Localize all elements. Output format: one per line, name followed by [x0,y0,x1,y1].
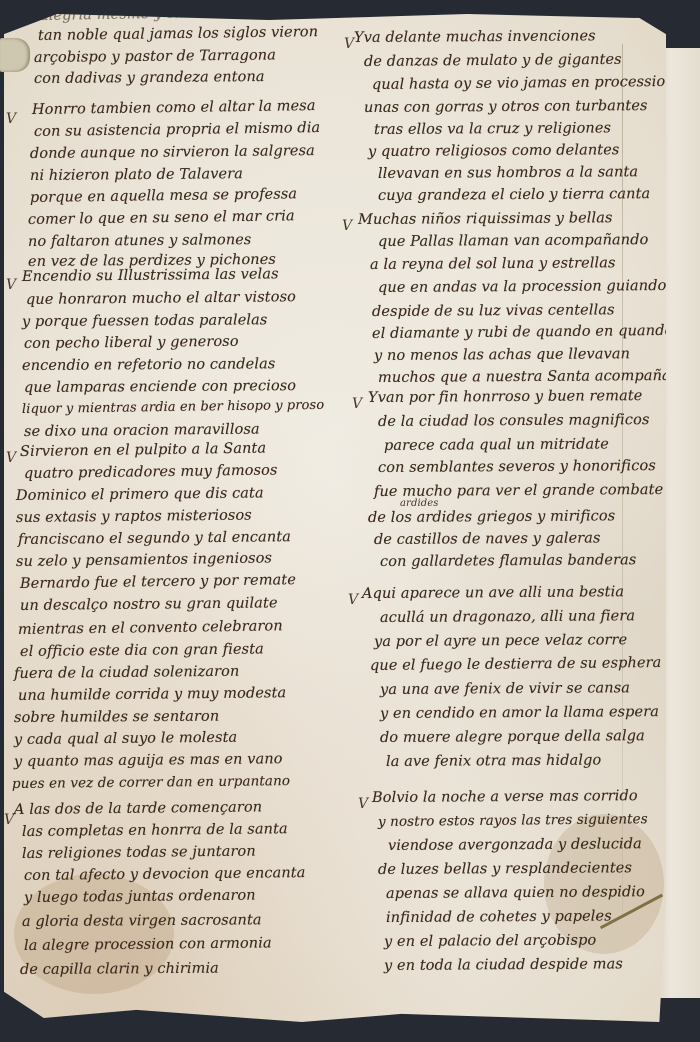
manuscript-line: pues en vez de correr dan en urpantano [12,773,290,792]
manuscript-line: Muchas niños riquissimas y bellas [358,210,613,228]
manuscript-line: quatro predicadores muy famosos [24,462,278,482]
manuscript-line: a la reyna del sol luna y estrellas [370,255,616,273]
manuscript-line: donde aunque no sirvieron la salgresa [30,143,315,162]
interlinear-insertion: ardides [400,498,439,509]
manuscript-line: con pecho liberal y generoso [24,334,239,352]
manuscript-line: tan noble qual jamas los siglos vieron [38,24,318,44]
manuscript-line: con su asistencia propria el mismo dia [34,120,320,140]
manuscript-line: A las dos de la tarde començaron [14,799,262,818]
manuscript-line: y no menos las achas que llevavan [374,346,630,364]
manuscript-line: a gloria desta virgen sacrosanta [22,912,262,930]
stanza-mark: V [344,36,354,52]
manuscript-line: no faltaron atunes y salmones [28,232,252,250]
manuscript-line: Honrro tambien como el altar la mesa [32,98,316,118]
manuscript-line: arçobispo y pastor de Tarragona [34,47,276,66]
manuscript-line: unas con gorras y otros con turbantes [364,98,648,116]
manuscript-line: Yvan por fin honrroso y buen remate [368,388,643,406]
manuscript-line: y en el palacio del arçobispo [384,933,596,950]
manuscript-line: el diamante y rubi de quando en quando [372,323,674,342]
manuscript-line: muchos que a nuestra Santa acompañavan [378,368,697,386]
manuscript-line: alegria mesmo y sin mesma [40,4,247,24]
manuscript-line: viendose avergonzada y deslucida [388,836,642,854]
manuscript-line: ya por el ayre un pece velaz corre [374,632,627,650]
manuscript-line: y en cendido en amor la llama espera [380,704,659,722]
manuscript-line: qual hasta oy se vio jamas en procession [372,74,675,93]
manuscript-line: una humilde corrida y muy modesta [18,685,286,704]
stanza-mark: V [4,812,14,828]
manuscript-line: despide de su luz vivas centellas [372,302,615,320]
manuscript-line: infinidad de cohetes y papeles [386,908,612,926]
manuscript-line: con tal afecto y devocion que encanta [24,865,306,884]
manuscript-line: la ave fenix otra mas hidalgo [386,752,601,770]
stanza-mark: V [352,396,362,412]
manuscript-line: y porque fuessen todas paralelas [22,312,268,330]
manuscript-line: Bolvio la noche a verse mas corrido [372,788,638,806]
manuscript-line: sus extasis y raptos misteriosos [16,508,252,526]
manuscript-line: de la ciudad los consules magnificos [378,412,650,430]
manuscript-line: las religiones todas se juntaron [22,844,256,862]
manuscript-line: que lamparas enciende con precioso [24,378,296,396]
manuscript-line: acullá un dragonazo, alli una fiera [380,608,635,626]
manuscript-line: Encendio su Illustrissima las velas [22,266,279,285]
manuscript-line: Bernardo fue el tercero y por remate [20,572,296,592]
manuscript-line: liquor y mientras ardia en ber hisopo y … [22,398,324,417]
manuscript-line: comer lo que en su seno el mar cria [28,208,295,228]
manuscript-line: mientras en el convento celebraron [18,618,283,638]
manuscript-line: que el fuego le destierra de su esphera [370,655,662,674]
manuscript-line: porque en aquella mesa se professa [30,186,297,206]
manuscript-line: llevavan en sus hombros a la santa [378,164,638,182]
manuscript-line: su zelo y pensamientos ingeniosos [16,550,272,570]
manuscript-line: de capilla clarin y chirimia [20,961,219,978]
manuscript-line: se dixo una oracion maravillosa [24,422,260,440]
manuscript-line: cuya grandeza el cielo y tierra canta [378,186,650,204]
manuscript-line: ni hizieron plato de Talavera [30,166,243,184]
manuscript-line: y quanto mas aguija es mas en vano [14,751,283,770]
manuscript-line: la alegre procession con armonia [24,935,272,954]
document-scan: alegria mesmo y sin mesma tan noble qual… [0,0,700,1042]
manuscript-line: encendio en refetorio no candelas [22,356,275,374]
stanza-mark: V [6,450,16,466]
manuscript-line: Aqui aparece un ave alli una bestia [362,584,624,602]
manuscript-line: de luzes bellas y resplandecientes [378,860,632,878]
manuscript-line: apenas se allava quien no despidio [386,884,645,902]
manuscript-line: do muere alegre porque della salga [380,728,645,746]
manuscript-line: franciscano el segundo y tal encanta [18,529,291,548]
manuscript-line: un descalço nostro su gran quilate [20,595,278,614]
manuscript-line: tras ellos va la cruz y religiones [374,120,611,138]
manuscript-line: de castillos de naves y galeras [374,530,601,548]
stanza-mark: V [358,796,368,812]
stanza-mark: V [348,592,358,608]
stanza-mark: V [342,218,352,234]
stanza-mark: V [6,111,16,127]
manuscript-line: de los ardides griegos y mirificos [368,508,615,526]
stanza-mark: V [6,277,16,293]
manuscript-line: de danzas de mulato y de gigantes [364,52,622,70]
manuscript-line: y luego todas juntas ordenaron [24,888,256,906]
manuscript-line: Dominico el primero que dis cata [16,485,264,504]
manuscript-page: alegria mesmo y sin mesma tan noble qual… [4,14,666,1022]
manuscript-line: y cada qual al suyo le molesta [14,730,237,748]
manuscript-line: parece cada qual un mitridate [384,436,609,454]
manuscript-line: el officio este dia con gran fiesta [20,641,264,660]
manuscript-line: Sirvieron en el pulpito a la Santa [20,441,266,460]
manuscript-line: las completas en honrra de la santa [22,821,288,840]
manuscript-line: que en andas va la procession guiando [378,278,667,296]
manuscript-line: y quatro religiosos como delantes [368,142,620,160]
manuscript-line: sobre humildes se sentaron [14,709,219,726]
manuscript-line: y nostro estos rayos las tres siguientes [378,811,648,830]
manuscript-line: y en toda la ciudad despide mas [384,956,623,974]
binding-tab [0,38,30,72]
manuscript-line: con gallardetes flamulas banderas [380,552,637,570]
manuscript-line: fuera de la ciudad solenizaron [14,664,240,682]
manuscript-line: con semblantes severos y honorificos [378,458,656,476]
manuscript-line: Yva delante muchas invenciones [354,28,596,46]
manuscript-line: ya una ave fenix de vivir se cansa [380,680,630,698]
manuscript-line: con dadivas y grandeza entona [34,69,265,87]
manuscript-line: que Pallas llaman van acompañando [378,232,648,250]
manuscript-line: que honraron mucho el altar vistoso [26,289,296,308]
